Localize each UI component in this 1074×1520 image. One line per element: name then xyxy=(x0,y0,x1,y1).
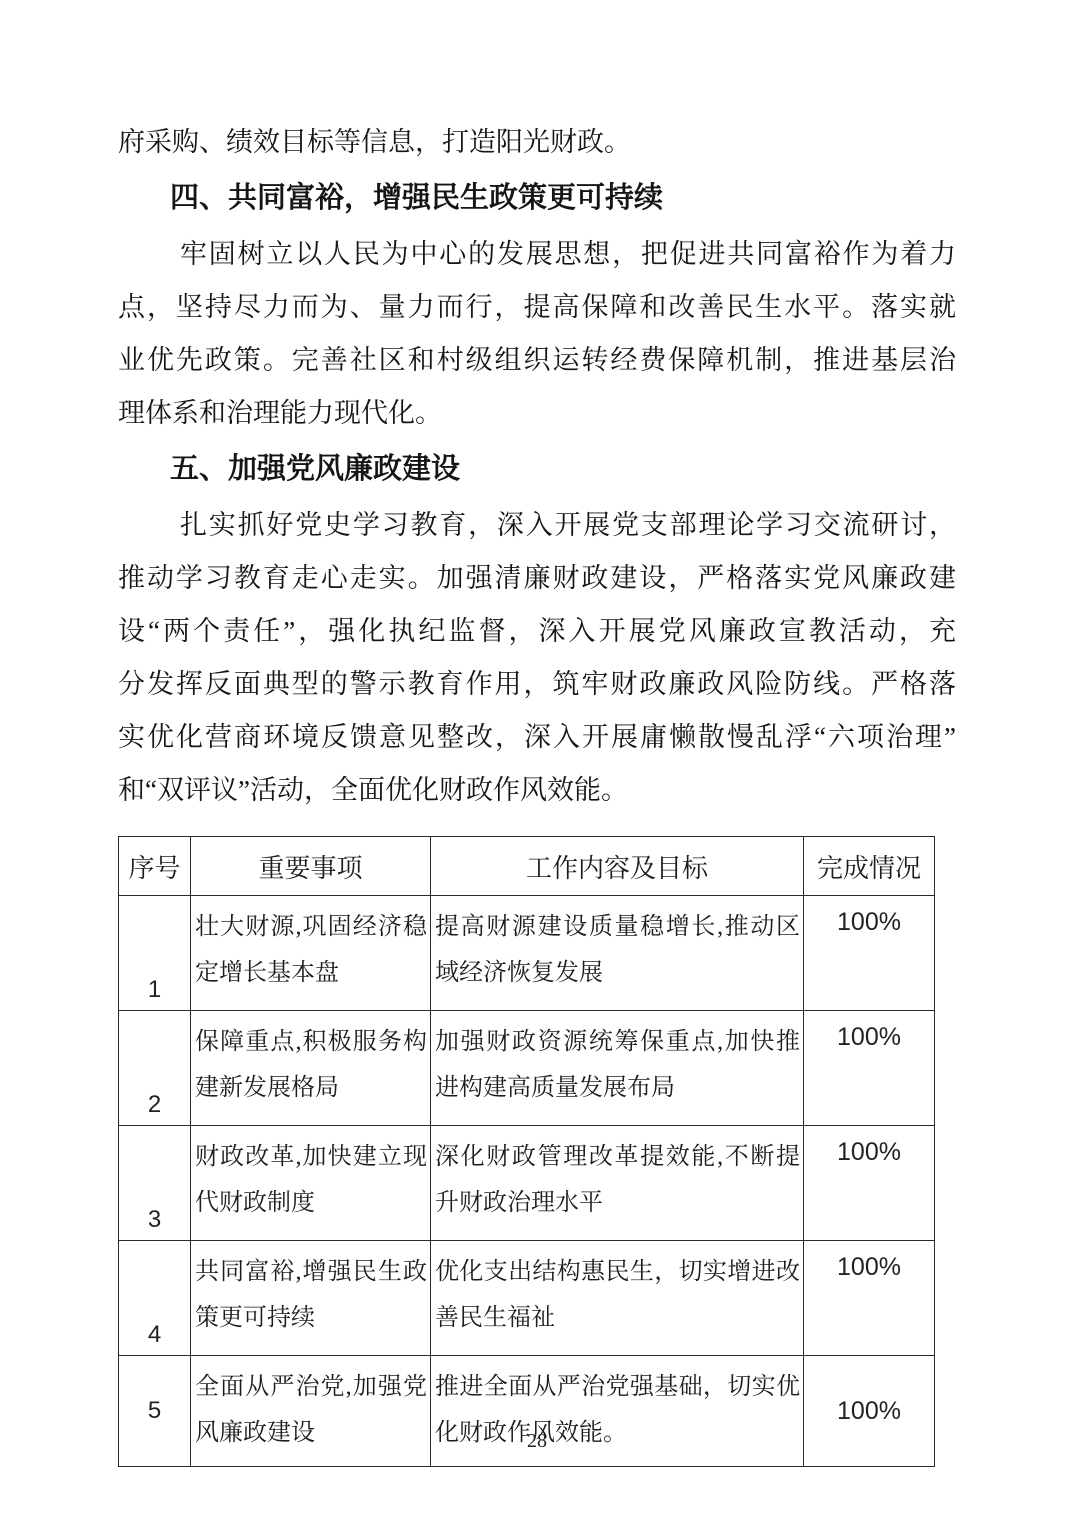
item-line: 共同富裕,增强民生政 xyxy=(195,1249,427,1295)
section-heading: 五、加强党风廉政建设 xyxy=(118,443,956,496)
paragraph-line: 点，坚持尽力而为、量力而行，提高保障和改善民生水平。落实就 xyxy=(118,281,956,334)
content-line: 提高财源建设质量稳增长,推动区 xyxy=(435,904,800,950)
row-number-cell: 4 xyxy=(119,1241,191,1356)
paragraph-line: 府采购、绩效目标等信息，打造阳光财政。 xyxy=(118,116,956,169)
content-line: 深化财政管理改革提效能,不断提 xyxy=(435,1134,800,1180)
paragraph-line: 业优先政策。完善社区和村级组织运转经费保障机制，推进基层治 xyxy=(118,334,956,387)
table-row: 1壮大财源,巩固经济稳定增长基本盘提高财源建设质量稳增长,推动区域经济恢复发展1… xyxy=(119,896,935,1011)
item-line: 保障重点,积极服务构 xyxy=(195,1019,427,1065)
section-heading: 四、共同富裕，增强民生政策更可持续 xyxy=(118,172,956,225)
item-line: 策更可持续 xyxy=(195,1295,427,1341)
paragraph-line: 扎实抓好党史学习教育，深入开展党支部理论学习交流研讨， xyxy=(118,499,956,552)
table-row: 2保障重点,积极服务构建新发展格局加强财政资源统筹保重点,加快推进构建高质量发展… xyxy=(119,1011,935,1126)
content-line: 善民生福祉 xyxy=(435,1295,800,1341)
table-body: 1壮大财源,巩固经济稳定增长基本盘提高财源建设质量稳增长,推动区域经济恢复发展1… xyxy=(119,896,935,1467)
status-cell: 100% xyxy=(804,896,935,1011)
row-number-cell: 2 xyxy=(119,1011,191,1126)
status-cell: 100% xyxy=(804,1126,935,1241)
paragraph-line: 和“双评议”活动，全面优化财政作风效能。 xyxy=(118,764,956,817)
item-cell: 保障重点,积极服务构建新发展格局 xyxy=(191,1011,431,1126)
content-line: 域经济恢复发展 xyxy=(435,950,800,996)
document-page: 府采购、绩效目标等信息，打造阳光财政。 四、共同富裕，增强民生政策更可持续牢固树… xyxy=(0,0,1074,1520)
content-cell: 提高财源建设质量稳增长,推动区域经济恢复发展 xyxy=(431,896,804,1011)
row-number-cell: 3 xyxy=(119,1126,191,1241)
content-cell: 深化财政管理改革提效能,不断提升财政治理水平 xyxy=(431,1126,804,1241)
paragraph-line: 设“两个责任”，强化执纪监督，深入开展党风廉政宣教活动，充 xyxy=(118,605,956,658)
content-cell: 加强财政资源统筹保重点,加快推进构建高质量发展布局 xyxy=(431,1011,804,1126)
content-line: 进构建高质量发展布局 xyxy=(435,1065,800,1111)
content-line: 优化支出结构惠民生，切实增进改 xyxy=(435,1249,800,1295)
table-header-cell: 重要事项 xyxy=(191,837,431,896)
item-line: 代财政制度 xyxy=(195,1180,427,1226)
paragraph-line: 理体系和治理能力现代化。 xyxy=(118,387,956,440)
item-cell: 财政改革,加快建立现代财政制度 xyxy=(191,1126,431,1241)
page-number: 28 xyxy=(0,1430,1074,1453)
work-summary-table: 序号重要事项工作内容及目标完成情况 1壮大财源,巩固经济稳定增长基本盘提高财源建… xyxy=(118,836,935,1467)
table-header-row: 序号重要事项工作内容及目标完成情况 xyxy=(119,837,935,896)
item-line: 建新发展格局 xyxy=(195,1065,427,1111)
content-cell: 优化支出结构惠民生，切实增进改善民生福祉 xyxy=(431,1241,804,1356)
body-text: 府采购、绩效目标等信息，打造阳光财政。 四、共同富裕，增强民生政策更可持续牢固树… xyxy=(118,116,956,817)
item-cell: 壮大财源,巩固经济稳定增长基本盘 xyxy=(191,896,431,1011)
paragraph-line: 牢固树立以人民为中心的发展思想，把促进共同富裕作为着力 xyxy=(118,228,956,281)
status-cell: 100% xyxy=(804,1011,935,1126)
item-cell: 共同富裕,增强民生政策更可持续 xyxy=(191,1241,431,1356)
content-line: 推进全面从严治党强基础，切实优 xyxy=(435,1364,800,1410)
row-number-cell: 1 xyxy=(119,896,191,1011)
item-line: 定增长基本盘 xyxy=(195,950,427,996)
table-row: 4共同富裕,增强民生政策更可持续优化支出结构惠民生，切实增进改善民生福祉100% xyxy=(119,1241,935,1356)
paragraph-line: 实优化营商环境反馈意见整改，深入开展庸懒散慢乱浮“六项治理” xyxy=(118,711,956,764)
paragraph-line: 分发挥反面典型的警示教育作用，筑牢财政廉政风险防线。严格落 xyxy=(118,658,956,711)
paragraph-line: 推动学习教育走心走实。加强清廉财政建设，严格落实党风廉政建 xyxy=(118,552,956,605)
status-cell: 100% xyxy=(804,1241,935,1356)
item-line: 财政改革,加快建立现 xyxy=(195,1134,427,1180)
item-line: 壮大财源,巩固经济稳 xyxy=(195,904,427,950)
table-row: 3财政改革,加快建立现代财政制度深化财政管理改革提效能,不断提升财政治理水平10… xyxy=(119,1126,935,1241)
item-line: 全面从严治党,加强党 xyxy=(195,1364,427,1410)
table-header-cell: 工作内容及目标 xyxy=(431,837,804,896)
table-header-cell: 完成情况 xyxy=(804,837,935,896)
content-line: 加强财政资源统筹保重点,加快推 xyxy=(435,1019,800,1065)
table-header-cell: 序号 xyxy=(119,837,191,896)
content-line: 升财政治理水平 xyxy=(435,1180,800,1226)
